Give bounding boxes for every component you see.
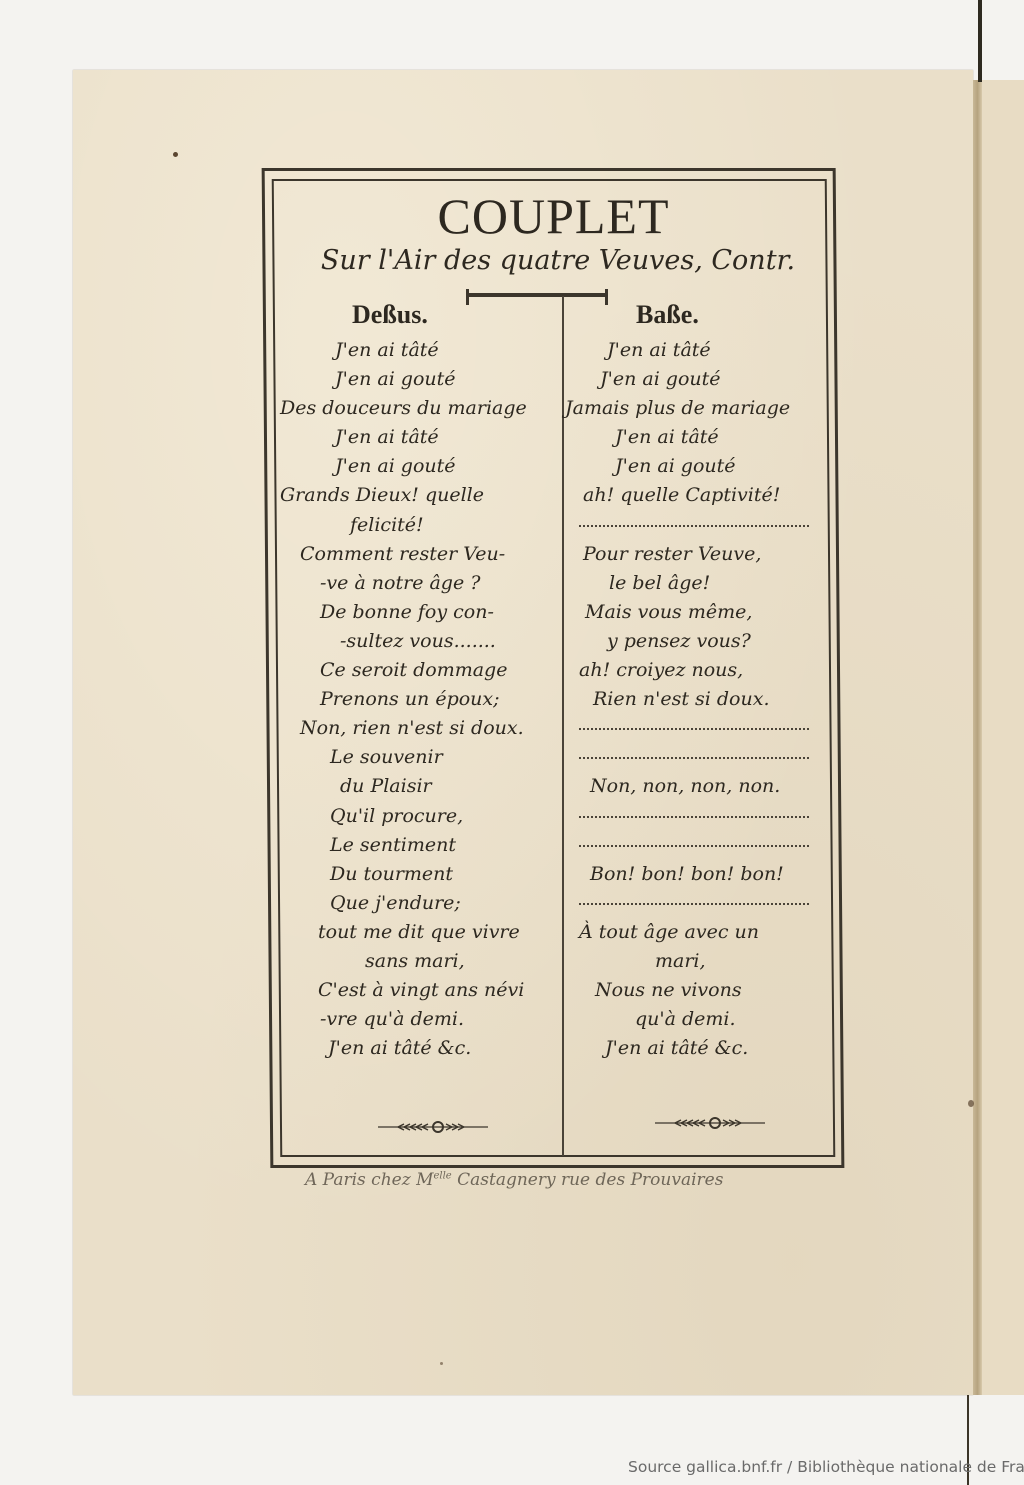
lyric-line: Le souvenir [280,743,570,772]
dotted-rest-line [565,743,835,772]
dotted-rest-line [565,714,835,743]
lyric-line: Non, rien n'est si doux. [280,714,570,743]
lyric-line: y pensez vous? [565,627,835,656]
dotted-rest-line [565,889,835,918]
dotted-rule [579,525,809,527]
dotted-rule [579,903,809,905]
dotted-rule [579,845,809,847]
lyric-line: Prenons un époux; [280,685,570,714]
lyric-line: J'en ai gouté [565,365,835,394]
lyric-line: -sultez vous....... [280,627,570,656]
page-subtitle: Sur l'Air des quatre Veuves, Contr. [278,245,838,276]
lyric-line: -vre qu'à demi. [280,1005,570,1034]
lyric-line: Rien n'est si doux. [565,685,835,714]
imprint-suffix: Castagnery rue des Prouvaires [452,1170,724,1190]
lyric-line: J'en ai gouté [280,452,570,481]
lyric-line: Des douceurs du mariage [280,394,570,423]
page-title: COUPLET [276,187,831,245]
lyric-line: mari, [565,947,835,976]
paper-speck [440,1362,443,1365]
dotted-rest-line [565,831,835,860]
dessus-column: J'en ai tâtéJ'en ai goutéDes douceurs du… [280,336,570,1063]
lyric-line: Que j'endure; [280,889,570,918]
flourish-ornament-right [655,1117,765,1129]
lyric-line: Non, non, non, non. [565,772,835,801]
lyric-line: Nous ne vivons [565,976,835,1005]
dotted-rule [579,757,809,759]
lyric-line: Bon! bon! bon! bon! [565,860,835,889]
lyric-line: Ce seroit dommage [280,656,570,685]
lyric-line: tout me dit que vivre [280,918,570,947]
dotted-rule [579,728,809,730]
imprint-superscript: elle [433,1170,451,1181]
paper-speck [968,1100,974,1107]
lyric-line: Qu'il procure, [280,802,570,831]
lyric-line: ah! croiyez nous, [565,656,835,685]
lyric-line: J'en ai tâté &c. [565,1034,835,1063]
lyric-line: Du tourment [280,860,570,889]
lyric-line: De bonne foy con- [280,598,570,627]
lyric-line: sans mari, [280,947,570,976]
lyric-line: le bel âge! [565,569,835,598]
binding-gutter [973,80,982,1395]
paper-speck [173,152,178,157]
binding-thread-top [978,0,982,82]
lyric-line: J'en ai tâté &c. [280,1034,570,1063]
dotted-rule [579,816,809,818]
column-bracket [466,293,608,297]
lyric-line: Grands Dieux! quelle [280,481,570,510]
source-attribution: Source gallica.bnf.fr / Bibliothèque nat… [628,1458,1024,1476]
lyric-line: felicité! [280,511,570,540]
flourish-ornament-left [378,1121,488,1133]
lyric-line: Le sentiment [280,831,570,860]
lyric-line: Comment rester Veu- [280,540,570,569]
column-heading-dessus: Deßus. [352,300,428,330]
adjacent-page-edge [976,80,1024,1395]
lyric-line: qu'à demi. [565,1005,835,1034]
lyric-line: J'en ai gouté [280,365,570,394]
lyric-line: À tout âge avec un [565,918,835,947]
lyric-line: J'en ai tâté [280,336,570,365]
lyric-line: J'en ai tâté [280,423,570,452]
dotted-rest-line [565,802,835,831]
lyric-line: J'en ai gouté [565,452,835,481]
lyric-line: J'en ai tâté [565,336,835,365]
lyric-line: -ve à notre âge ? [280,569,570,598]
dotted-rest-line [565,511,835,540]
lyric-line: C'est à vingt ans névi [280,976,570,1005]
publisher-imprint: A Paris chez Melle Castagnery rue des Pr… [305,1170,885,1190]
lyric-line: Mais vous même, [565,598,835,627]
lyric-line: Jamais plus de mariage [565,394,835,423]
lyric-line: ah! quelle Captivité! [565,481,835,510]
imprint-prefix: A Paris chez M [305,1170,433,1190]
lyric-line: Pour rester Veuve, [565,540,835,569]
column-heading-basse: Baße. [636,300,699,330]
lyric-line: du Plaisir [280,772,570,801]
lyric-line: J'en ai tâté [565,423,835,452]
basse-column: J'en ai tâtéJ'en ai goutéJamais plus de … [565,336,835,1063]
